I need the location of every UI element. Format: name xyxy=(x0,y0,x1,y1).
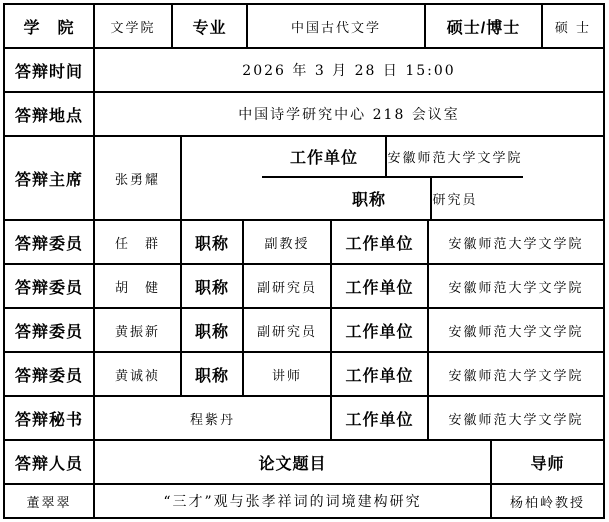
chair-title-subrow: 职称 研究员 xyxy=(307,178,477,219)
row-college: 学 院 文学院 专业 中国古代文学 硕士/博士 硕 士 xyxy=(5,5,603,49)
member-title-label: 职称 xyxy=(182,353,244,395)
row-people-header: 答辩人员 论文题目 导师 xyxy=(5,441,603,485)
chair-title-value: 研究员 xyxy=(432,178,477,219)
member-work-value: 安徽师范大学文学院 xyxy=(429,221,603,263)
defense-place-label: 答辩地点 xyxy=(5,93,95,135)
member-name: 黄诚祯 xyxy=(95,353,182,395)
member-work-value: 安徽师范大学文学院 xyxy=(429,353,603,395)
secretary-name: 程紫丹 xyxy=(95,397,332,439)
major-label: 专业 xyxy=(173,5,248,47)
member-work-value: 安徽师范大学文学院 xyxy=(429,265,603,307)
member-title-value: 副教授 xyxy=(244,221,332,263)
committee-label: 答辩委员 xyxy=(5,221,95,263)
defense-info-table: 学 院 文学院 专业 中国古代文学 硕士/博士 硕 士 答辩时间 2026 年 … xyxy=(3,3,605,519)
committee-label: 答辩委员 xyxy=(5,309,95,351)
people-label: 答辩人员 xyxy=(5,441,95,483)
member-title-label: 职称 xyxy=(182,265,244,307)
candidate-thesis-title: “三才”观与张孝祥词的词境建构研究 xyxy=(95,485,492,517)
row-chair: 答辩主席 张勇耀 工作单位 安徽师范大学文学院 职称 研究员 xyxy=(5,137,603,221)
defense-time-label: 答辩时间 xyxy=(5,49,95,91)
member-title-label: 职称 xyxy=(182,309,244,351)
chair-label: 答辩主席 xyxy=(5,137,95,219)
member-name: 任 群 xyxy=(95,221,182,263)
member-title-value: 副研究员 xyxy=(244,265,332,307)
chair-work-subrow: 工作单位 安徽师范大学文学院 xyxy=(262,137,522,178)
candidate-name: 董翠翠 xyxy=(5,485,95,517)
secretary-work-label: 工作单位 xyxy=(332,397,429,439)
row-secretary: 答辩秘书 程紫丹 工作单位 安徽师范大学文学院 xyxy=(5,397,603,441)
member-name: 黄振新 xyxy=(95,309,182,351)
college-label: 学 院 xyxy=(5,5,95,47)
thesis-title-label: 论文题目 xyxy=(95,441,492,483)
advisor-label: 导师 xyxy=(492,441,603,483)
college-value: 文学院 xyxy=(95,5,173,47)
row-defense-time: 答辩时间 2026 年 3 月 28 日 15:00 xyxy=(5,49,603,93)
secretary-work-value: 安徽师范大学文学院 xyxy=(429,397,603,439)
defense-time-value: 2026 年 3 月 28 日 15:00 xyxy=(95,49,603,91)
chair-detail-group: 工作单位 安徽师范大学文学院 职称 研究员 xyxy=(182,137,603,219)
degree-label: 硕士/博士 xyxy=(426,5,543,47)
member-title-label: 职称 xyxy=(182,221,244,263)
member-title-value: 讲师 xyxy=(244,353,332,395)
row-committee-member: 答辩委员 黄振新 职称 副研究员 工作单位 安徽师范大学文学院 xyxy=(5,309,603,353)
degree-value: 硕 士 xyxy=(543,5,603,47)
candidate-advisor: 杨柏岭教授 xyxy=(492,485,603,517)
row-committee-member: 答辩委员 黄诚祯 职称 讲师 工作单位 安徽师范大学文学院 xyxy=(5,353,603,397)
row-committee-member: 答辩委员 胡 健 职称 副研究员 工作单位 安徽师范大学文学院 xyxy=(5,265,603,309)
row-committee-member: 答辩委员 任 群 职称 副教授 工作单位 安徽师范大学文学院 xyxy=(5,221,603,265)
row-candidate: 董翠翠 “三才”观与张孝祥词的词境建构研究 杨柏岭教授 xyxy=(5,485,603,517)
secretary-label: 答辩秘书 xyxy=(5,397,95,439)
member-work-label: 工作单位 xyxy=(332,353,429,395)
member-work-label: 工作单位 xyxy=(332,309,429,351)
member-work-label: 工作单位 xyxy=(332,265,429,307)
chair-title-label: 职称 xyxy=(307,178,432,219)
committee-label: 答辩委员 xyxy=(5,353,95,395)
chair-work-label: 工作单位 xyxy=(262,137,387,176)
chair-name: 张勇耀 xyxy=(95,137,182,219)
row-defense-place: 答辩地点 中国诗学研究中心 218 会议室 xyxy=(5,93,603,137)
member-work-value: 安徽师范大学文学院 xyxy=(429,309,603,351)
member-work-label: 工作单位 xyxy=(332,221,429,263)
committee-label: 答辩委员 xyxy=(5,265,95,307)
chair-work-value: 安徽师范大学文学院 xyxy=(387,137,522,176)
member-name: 胡 健 xyxy=(95,265,182,307)
major-value: 中国古代文学 xyxy=(248,5,426,47)
defense-place-value: 中国诗学研究中心 218 会议室 xyxy=(95,93,603,135)
member-title-value: 副研究员 xyxy=(244,309,332,351)
